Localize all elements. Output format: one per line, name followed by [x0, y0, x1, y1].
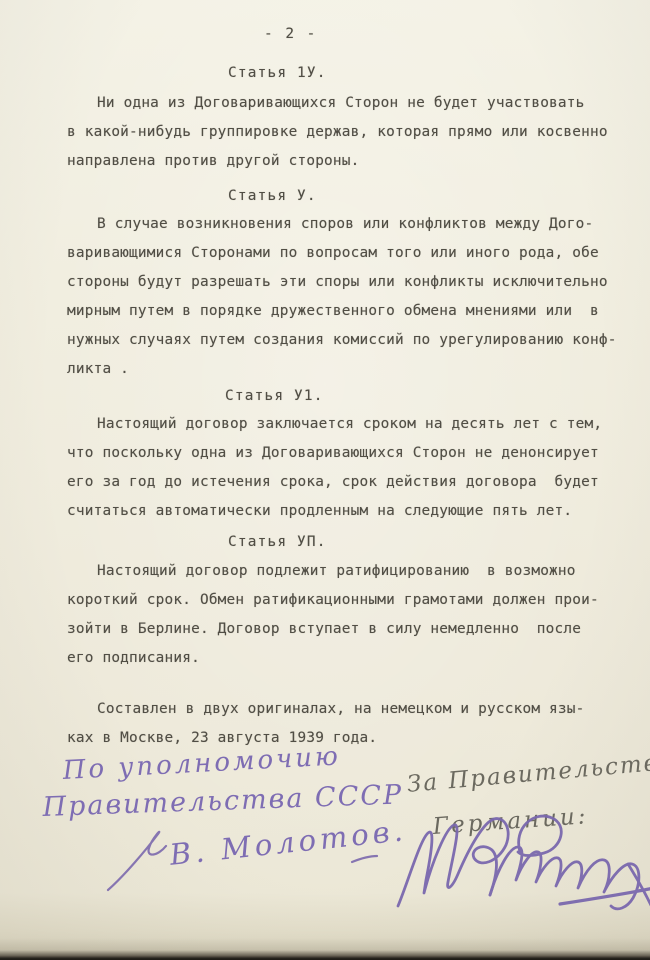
article-paragraph-5: В случае возникновения споров или конфли…	[67, 210, 619, 384]
article-heading-4: Статья 1У.	[228, 59, 327, 88]
page-number: - 2 -	[264, 20, 317, 49]
handwritten-right-caption-line1: За Правительство	[406, 749, 650, 798]
article-paragraph-4: Ни одна из Договаривающихся Сторон не бу…	[67, 89, 619, 176]
article-paragraph-7: Настоящий договор подлежит ратифицирован…	[67, 557, 619, 673]
molotov-signature-name: В. Молотов.	[168, 813, 408, 872]
article-heading-6: Статья У1.	[225, 382, 324, 411]
scan-bottom-edge	[0, 938, 650, 960]
article-heading-7: Статья УП.	[228, 528, 327, 557]
handwritten-right-caption-line2: Германии:	[432, 803, 589, 840]
handwritten-left-caption-line2: Правительства СССР	[42, 779, 404, 823]
article-heading-5: Статья У.	[228, 182, 317, 211]
closing-paragraph: Составлен в двух оригиналах, на немецком…	[67, 695, 619, 753]
article-paragraph-6: Настоящий договор заключается сроком на …	[67, 410, 619, 526]
document-page: - 2 - Статья 1У. Ни одна из Договаривающ…	[0, 0, 650, 960]
